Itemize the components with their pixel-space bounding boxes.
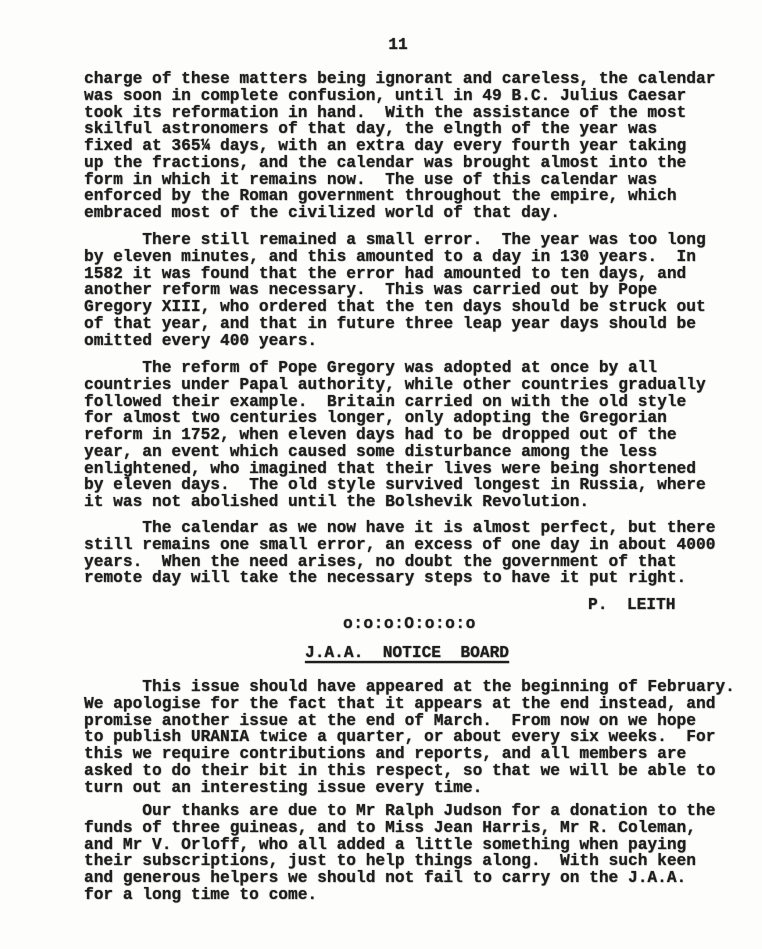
- author-signature: P. LEITH: [588, 597, 675, 614]
- paragraph-notice-2: Our thanks are due to Mr Ralph Judson fo…: [84, 803, 715, 904]
- page-number: 11: [84, 37, 712, 54]
- paragraph-calendar-4: The calendar as we now have it is almost…: [84, 520, 715, 587]
- section-divider: o:o:o:O:o:o:o: [343, 616, 476, 633]
- paragraph-calendar-2: There still remained a small error. The …: [84, 232, 706, 349]
- paragraph-notice-1: This issue should have appeared at the b…: [84, 679, 735, 796]
- paragraph-calendar-1: charge of these matters being ignorant a…: [84, 71, 715, 222]
- notice-board-heading: J.A.A. NOTICE BOARD: [305, 645, 509, 662]
- paragraph-calendar-3: The reform of Pope Gregory was adopted a…: [84, 360, 706, 511]
- scanned-document-page: 11 charge of these matters being ignoran…: [0, 0, 762, 949]
